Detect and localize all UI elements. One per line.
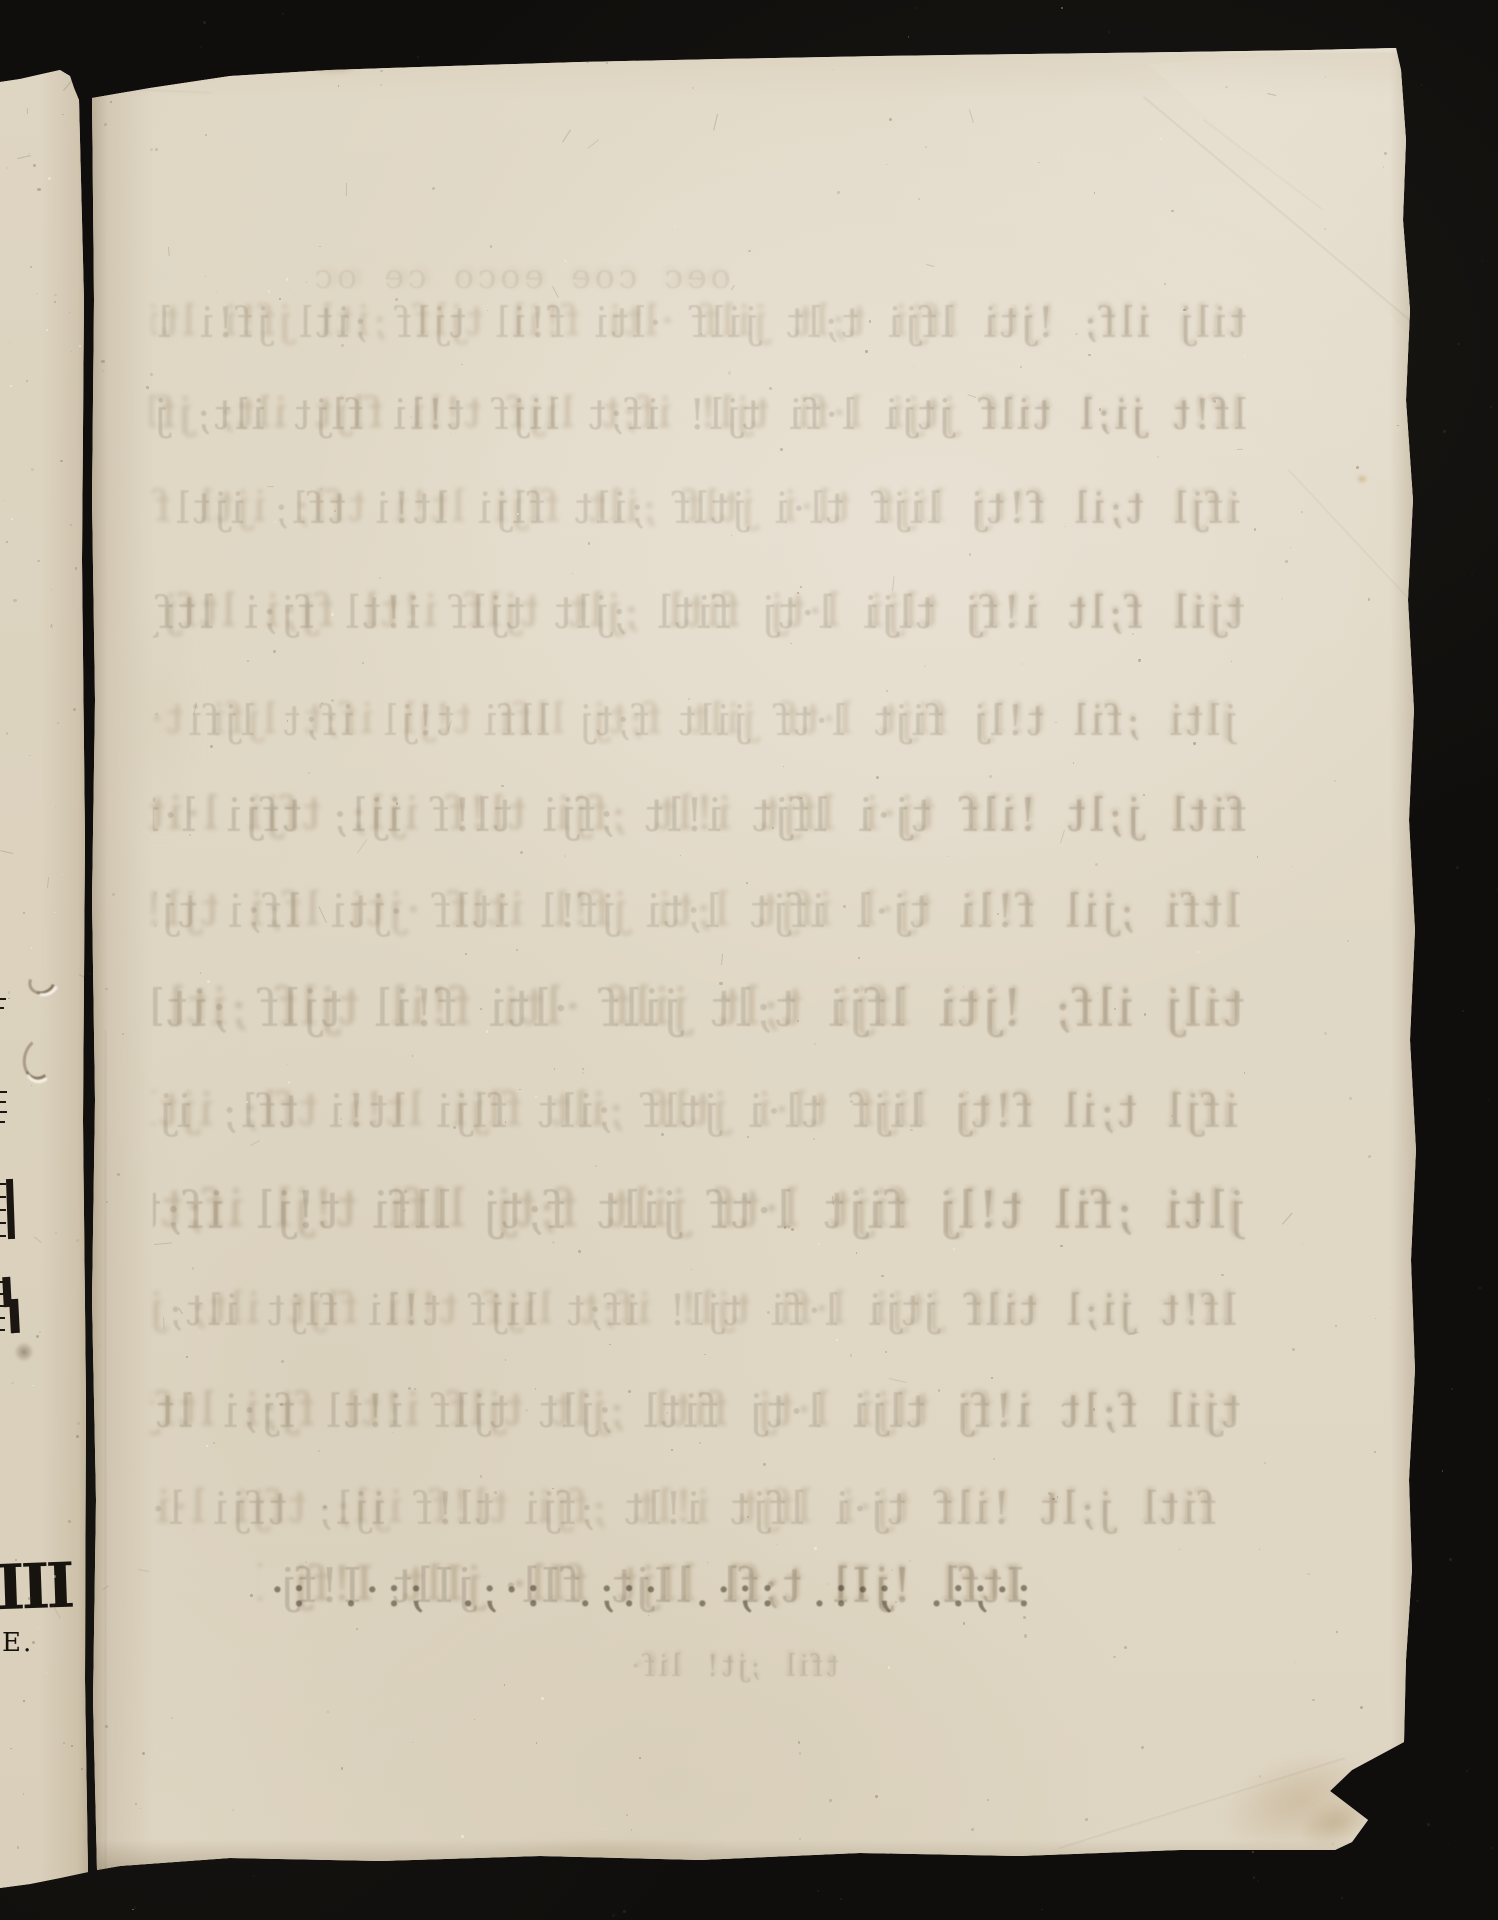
paper-speck [1183,309,1186,312]
paper-speck [886,690,888,692]
paper-speck [691,1269,692,1270]
paper-speck [865,350,868,353]
paper-speck [913,366,914,367]
paper-speck [769,387,772,390]
felt-fuzz-speck [1041,1909,1043,1911]
paper-speck [1291,866,1293,868]
staff-line-fragment [0,1329,5,1331]
paper-speck [797,1020,799,1022]
paper-speck [797,592,799,594]
bleedthrough-row-grit: ifjl t;il f!tj lijf tl·i jtlf ;ilt flji … [155,1088,1239,1146]
paper-speck [1196,1219,1199,1222]
paper-speck [1254,528,1256,530]
paper-speck [1099,408,1102,411]
paper-speck [102,370,104,372]
paper-speck [564,855,566,857]
paper-speck [991,1377,993,1379]
paper-speck [1259,1775,1261,1777]
paper-speck [54,294,57,297]
felt-fuzz-speck [1416,1600,1418,1602]
paper-speck [210,745,213,748]
paper-speck [76,1239,79,1242]
paper-speck [205,276,206,277]
paper-speck [289,289,290,290]
paper-speck [33,164,36,167]
paper-speck [728,371,731,374]
paper-speck [661,1133,664,1136]
paper-speck [81,1768,83,1770]
paper-speck [308,772,310,774]
paper-speck [1171,1115,1173,1117]
paper-speck [588,542,591,545]
paper-speck [23,1793,24,1794]
paper-speck [65,878,66,879]
paper-speck [1334,780,1336,782]
paper-fiber [163,1317,165,1329]
paper-speck [250,1594,253,1597]
paper-speck [648,1615,649,1616]
paper-light-fleck [54,912,55,913]
felt-fuzz-speck [1462,1010,1464,1012]
paper-speck [51,624,52,625]
staff-line-fragment [0,1235,6,1237]
paper-speck [6,541,8,543]
felt-fuzz-speck [1451,1388,1453,1390]
paper-speck [1073,762,1075,764]
paper-speck [971,1828,974,1831]
paper-speck [432,187,435,190]
paper-fiber [267,486,274,487]
paper-speck [799,1838,801,1840]
paper-speck [76,1435,79,1438]
paper-speck [362,662,365,665]
paper-speck [142,1752,145,1755]
staff-line-fragment [0,1209,6,1211]
paper-speck [699,1442,701,1444]
paper-speck [216,291,217,292]
paper-speck [39,1331,41,1333]
paper-speck [1231,661,1232,662]
paper-speck [135,1803,138,1806]
paper-speck [1259,1549,1260,1550]
paper-fiber [34,1237,42,1244]
staff-line-fragment [0,1007,4,1009]
paper-speck [171,1717,173,1719]
felt-fuzz-speck [1448,1844,1449,1845]
paper-light-fleck [268,290,270,292]
imprint-letter: E. [2,1628,33,1658]
paper-speck [28,153,30,155]
paper-light-fleck [62,874,63,875]
paper-speck [1295,1662,1296,1663]
paper-speck [667,1412,668,1413]
staff-line-fragment [0,1222,6,1224]
paper-speck [140,1808,141,1809]
staff-line-fragment [0,1121,5,1123]
paper-speck [155,148,157,150]
felt-fuzz-speck [817,1890,818,1891]
felt-fuzz-speck [1479,1287,1481,1289]
paper-speck [1221,1274,1224,1277]
paper-speck [536,1742,538,1744]
paper-speck [924,665,926,667]
paper-light-fleck [836,1339,838,1341]
felt-fuzz-speck [1257,1880,1259,1882]
paper-fiber [1237,449,1243,450]
paper-speck [112,893,115,896]
paper-speck [701,333,702,334]
paper-fiber [63,80,72,91]
bleedthrough-row-grit: ifjl t;il f!tj lijf tl·i jtlf ;ilt flji … [155,488,1241,542]
paper-speck [748,250,751,253]
paper-speck [327,1711,329,1713]
paper-speck [969,553,971,555]
paper-speck [783,766,784,767]
paper-speck [1335,1325,1337,1327]
paper-speck [572,573,573,574]
paper-light-fleck [79,345,81,347]
paper-speck [57,722,59,724]
paper-speck [875,1795,878,1798]
paper-speck [6,732,8,734]
paper-speck [1067,1490,1068,1491]
paper-speck [1324,1032,1327,1035]
paper-speck [200,972,202,974]
paper-light-fleck [1183,671,1186,674]
paper-speck [609,1344,611,1346]
paper-speck [8,991,10,993]
staff-barline-fragment [6,1179,15,1239]
paper-speck [465,953,467,955]
paper-fiber [1,850,14,854]
staff-line-fragment [0,1111,7,1113]
paper-fiber [969,110,974,123]
paper-fiber [561,130,570,143]
paper-speck [356,1628,358,1630]
staff-line-fragment [0,1196,6,1198]
paper-speck [843,905,845,907]
paper-fiber [17,155,31,159]
paper-speck [23,1700,24,1701]
paper-speck [105,1725,108,1728]
bleedthrough-row-grit: tfil ;jt! lif· [619,1652,839,1690]
paper-speck [1164,283,1166,285]
paper-light-fleck [11,518,13,520]
paper-light-fleck [1058,153,1060,155]
paper-speck [1157,456,1159,458]
paper-speck [487,310,488,311]
paper-speck [247,660,249,662]
paper-speck [99,1345,101,1347]
paper-fiber [713,114,718,131]
paper-light-fleck [206,1445,209,1448]
paper-speck [17,1846,19,1848]
paper-speck [11,1382,14,1385]
staff-line-fragment [0,1091,7,1093]
felt-fuzz-speck [1108,31,1110,33]
paper-speck [1302,1243,1303,1244]
paper-speck [410,416,412,418]
paper-speck [26,380,28,382]
paper-light-fleck [246,1101,248,1103]
paper-light-fleck [46,329,48,331]
bleedthrough-row-grit: tilj ilf; !jti lfji t;lt jilf ·lti f!il … [153,984,1245,1048]
paper-speck [341,344,344,347]
paper-speck [73,708,76,711]
paper-speck [719,982,722,985]
paper-speck [1281,598,1283,600]
paper-speck [54,301,56,303]
staff-barline-fragment [9,1299,20,1333]
paper-speck [1349,1097,1352,1100]
paper-speck [747,1136,749,1138]
paper-speck [37,188,40,191]
paper-speck [1139,659,1141,661]
paper-fiber [731,285,735,291]
paper-speck [909,1560,911,1562]
staff-line-fragment [0,1101,6,1103]
paper-speck [287,1064,288,1065]
paper-speck [412,1055,414,1057]
paper-light-fleck [48,177,51,180]
felt-fuzz-speck [1471,574,1473,576]
paper-speck [192,1267,195,1270]
felt-fuzz-speck [93,1822,95,1824]
paper-light-fleck [564,260,567,263]
paper-speck [71,351,72,352]
paper-speck [64,121,65,122]
paper-speck [1244,1072,1245,1073]
bleedthrough-row-grit: fitl j;lt !ilf tj·i lfjt i!lt ;fji tl!f … [155,1486,1217,1542]
felt-dust-fleck [1442,1470,1444,1472]
paper-speck [8,998,9,999]
paper-speck [504,1684,506,1686]
paper-speck [1225,86,1227,88]
paper-speck [213,1442,215,1444]
felt-fuzz-speck [1430,1461,1431,1462]
paper-speck [461,364,462,365]
paper-speck [31,468,34,471]
paper-speck [856,1252,858,1254]
paper-light-fleck [541,1697,544,1700]
paper-speck [1356,466,1359,469]
paper-speck [578,1250,581,1253]
paper-speck [186,1356,188,1358]
paper-speck [1307,1573,1309,1575]
paper-speck [494,1491,497,1494]
bleedthrough-row-grit: ltfi ;jil f!li tj·l ifjt l;ti jf!l itlf … [155,888,1241,946]
paper-speck [947,856,949,858]
paper-speck [671,1449,673,1451]
paper-speck [1332,1843,1334,1845]
paper-light-fleck [288,1081,291,1084]
paper-light-fleck [32,1385,34,1387]
stain-patch [1356,474,1368,484]
paper-speck [704,1354,705,1355]
bleedthrough-row-grit: oec coe eoco ce oc [301,260,731,302]
paper-fiber [168,247,170,256]
paper-speck [1024,1634,1027,1637]
paper-speck [379,577,381,579]
felt-fuzz-speck [1457,343,1460,346]
bleedthrough-row-grit: lf!t ji;l tilf jtji l·fi tjl! if;t lijf … [153,394,1247,446]
paper-speck [10,1748,11,1749]
paper-speck [963,1622,966,1625]
paper-speck [1390,1308,1391,1309]
paper-speck [280,1403,283,1406]
paper-speck [36,1335,39,1338]
bleedthrough-row-grit: fitl j;lt !ilf tj·i lfjt i!lt ;fji tl!f … [153,792,1247,850]
paper-speck [993,1458,995,1460]
staff-line-fragment [0,1317,5,1319]
bleedthrough-row-grit: tjil f;lt i!fj tlji l·tj fitl ;jlt tjlf … [153,590,1245,646]
paper-speck [117,1173,120,1176]
paper-speck [832,69,833,70]
paper-speck [105,988,107,990]
paper-speck [1048,1492,1051,1495]
paper-speck [29,755,30,756]
paper-speck [1132,633,1134,635]
paper-speck [1397,425,1398,426]
paper-speck [474,1719,475,1720]
paper-speck [9,342,10,343]
felt-dust-fleck [1252,1851,1254,1853]
paper-speck [38,560,40,562]
paper-speck [51,589,52,590]
paper-fiber [721,953,723,964]
bleedthrough-row-grit: lf!t ji;l tilf jtji l·fi tjl! if;t lijf … [155,1290,1237,1344]
paper-light-fleck [207,980,209,982]
paper-speck [876,776,879,779]
paper-speck [582,1068,584,1070]
paper-speck [692,87,694,89]
felt-fuzz-speck [1443,430,1446,433]
paper-light-fleck [38,1628,39,1629]
paper-speck [631,1829,632,1830]
paper-speck [1041,1581,1042,1582]
paper-speck [31,1085,32,1086]
paper-speck [582,1072,584,1074]
paper-speck [1292,1348,1295,1351]
paper-speck [791,1228,794,1231]
paper-speck [77,1422,80,1425]
paper-speck [104,123,107,126]
paper-light-fleck [46,1672,47,1673]
paper-light-fleck [31,947,32,948]
paper-speck [520,851,523,854]
paper-speck [1022,663,1023,664]
paper-speck [55,1232,57,1234]
paper-speck [680,855,681,856]
paper-speck [1290,547,1291,548]
paper-speck [850,1100,853,1103]
paper-speck [800,797,803,800]
paper-speck [321,488,322,489]
paper-speck [13,599,16,602]
paper-speck [552,1241,555,1244]
bleedthrough-row-grit: tjil f;lt i!fj tlji l·tj fitl ;jlt tjlf … [153,1388,1241,1446]
paper-speck [480,1475,482,1477]
bleedthrough-row-grit: jlti ;fil t!lj fijt l·tf jilt f;tj llfi … [155,700,1237,752]
staff-line-fragment [0,998,6,1000]
paper-light-fleck [274,521,276,523]
paper-light-fleck [1197,951,1199,953]
paper-speck [1193,742,1196,745]
felt-fuzz-speck [203,21,206,24]
felt-dust-fleck [132,1909,133,1910]
paper-speck [1057,1496,1058,1497]
paper-speck [1312,1699,1315,1702]
paper-speck [1347,940,1349,942]
paper-speck [32,1641,35,1644]
felt-fuzz-speck [1482,260,1484,262]
paper-speck [1095,863,1098,866]
crease-line [105,1030,108,1870]
paper-speck [501,785,504,788]
paper-speck [69,312,70,313]
paper-speck [75,567,78,570]
paper-speck [1020,366,1022,368]
paper-hole [19,1035,59,1083]
paper-light-fleck [286,278,289,281]
paper-speck [505,1359,506,1360]
paper-speck [68,1520,71,1523]
paper-speck [1061,1404,1064,1407]
paper-light-fleck [461,1835,464,1838]
paper-speck [23,912,25,914]
felt-fuzz-speck [1488,1099,1489,1100]
paper-speck [798,1741,800,1743]
paper-speck [639,1757,641,1759]
paper-speck [606,62,607,63]
paper-speck [1060,1245,1063,1248]
felt-fuzz-speck [282,13,284,15]
staff-line-fragment [0,1293,5,1295]
paper-speck [1085,1818,1088,1821]
paper-speck [1171,210,1174,213]
paper-speck [110,101,112,103]
paper-speck [1113,1656,1116,1659]
felt-fuzz-speck [1456,866,1459,869]
paper-speck [910,1129,912,1131]
paper-speck [628,1390,631,1393]
paper-speck [28,1597,30,1599]
blank-verso-page: oec coe eoco ce ocoec coe eoco ce octilj… [0,0,1498,1920]
paper-speck [1324,228,1325,229]
paper-speck [380,84,382,86]
paper-speck [62,114,64,116]
paper-light-fleck [814,1547,817,1550]
felt-fuzz-speck [1466,1770,1468,1772]
paper-light-fleck [1160,138,1162,140]
paper-speck [1336,1631,1338,1633]
paper-speck [273,650,276,653]
paper-light-fleck [888,1666,890,1668]
paper-fiber [889,1378,906,1383]
paper-speck [193,1529,194,1530]
paper-speck [1179,1549,1180,1550]
paper-speck [71,1745,73,1747]
paper-speck [1368,598,1370,600]
paper-speck [101,360,104,363]
paper-speck [334,510,336,512]
paper-speck [150,373,153,376]
paper-speck [767,1311,770,1314]
paper-light-fleck [1244,355,1245,356]
paper-speck [1088,354,1090,356]
paper-speck [3,500,4,501]
paper-fiber [27,108,28,114]
